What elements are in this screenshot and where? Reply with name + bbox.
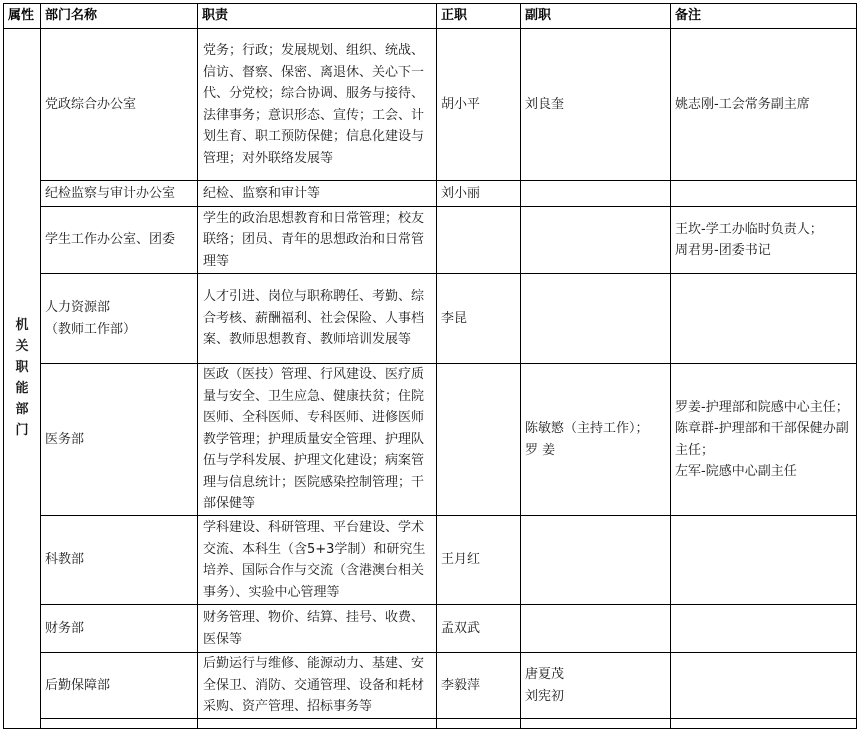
notes-cell: [671, 605, 857, 653]
table-row: 人力资源部 （教师工作部） 人才引进、岗位与职称聘任、考勤、综合考核、薪酬福利、…: [4, 274, 857, 364]
department-table: 属性 部门名称 职责 正职 副职 备注 机关职能部门 党政综合办公室 党务；行政…: [3, 3, 857, 722]
duties-cell: [198, 719, 437, 723]
duties-cell: 学科建设、科研管理、平台建设、学术交流、本科生（含5+3学制）和研究生培养、国际…: [198, 516, 437, 605]
notes-cell: [671, 653, 857, 719]
deputy-cell: [521, 719, 671, 723]
table-row: 纪检监察与审计办公室 纪检、监察和审计等 刘小丽: [4, 181, 857, 207]
header-deputy: 副职: [521, 4, 671, 29]
deputy-cell: 陈敏慜（主持工作）； 罗 姜: [521, 364, 671, 516]
notes-cell: 王坎-学工办临时负责人； 周君男-团委书记: [671, 207, 857, 274]
notes-line: 周君男-团委书记: [675, 240, 852, 262]
head-cell: 刘小丽: [437, 181, 521, 207]
notes-cell: 罗姜-护理部和院感中心主任； 陈章群-护理部和干部保健办副主任； 左军-院感中心…: [671, 364, 857, 516]
deputy-cell: [521, 605, 671, 653]
department-name: 医务部: [41, 364, 198, 516]
head-cell: 李毅萍: [437, 653, 521, 719]
deputy-cell: [521, 274, 671, 364]
deputy-cell: 唐夏茂 刘宪初: [521, 653, 671, 719]
notes-cell: [671, 719, 857, 723]
notes-cell: 姚志刚-工会常务副主席: [671, 29, 857, 181]
header-department: 部门名称: [41, 4, 198, 29]
header-head: 正职: [437, 4, 521, 29]
table-row-partial: [4, 719, 857, 723]
notes-cell: [671, 181, 857, 207]
department-name-line: 人力资源部: [45, 297, 193, 319]
head-cell: [437, 364, 521, 516]
duties-cell: 医政（医技）管理、行风建设、医疗质量与安全、卫生应急、健康扶贫；住院医师、全科医…: [198, 364, 437, 516]
department-name: 学生工作办公室、团委: [41, 207, 198, 274]
department-name: 纪检监察与审计办公室: [41, 181, 198, 207]
notes-cell: [671, 274, 857, 364]
head-cell: 王月红: [437, 516, 521, 605]
deputy-cell: 刘良奎: [521, 29, 671, 181]
notes-line: 陈章群-护理部和干部保健办副主任；: [675, 418, 852, 461]
duties-cell: 纪检、监察和审计等: [198, 181, 437, 207]
deputy-line: 罗 姜: [525, 440, 666, 462]
department-name: 党政综合办公室: [41, 29, 198, 181]
deputy-cell: [521, 181, 671, 207]
deputy-line: 唐夏茂: [525, 664, 666, 686]
table-row: 医务部 医政（医技）管理、行风建设、医疗质量与安全、卫生应急、健康扶贫；住院医师…: [4, 364, 857, 516]
duties-cell: 后勤运行与维修、能源动力、基建、安全保卫、消防、交通管理、设备和耗材采购、资产管…: [198, 653, 437, 719]
head-cell: 胡小平: [437, 29, 521, 181]
notes-cell: [671, 516, 857, 605]
header-attribute: 属性: [4, 4, 41, 29]
department-name: 后勤保障部: [41, 653, 198, 719]
head-cell: 李昆: [437, 274, 521, 364]
department-name-line: （教师工作部）: [45, 319, 193, 341]
attribute-group-label: 机关职能部门: [15, 315, 29, 441]
table-row: 学生工作办公室、团委 学生的政治思想教育和日常管理；校友联络；团员、青年的思想政…: [4, 207, 857, 274]
table-row: 财务部 财务管理、物价、结算、挂号、收费、医保等 孟双武: [4, 605, 857, 653]
deputy-line: 刘宪初: [525, 686, 666, 708]
table-row: 后勤保障部 后勤运行与维修、能源动力、基建、安全保卫、消防、交通管理、设备和耗材…: [4, 653, 857, 719]
duties-cell: 党务；行政；发展规划、组织、统战、信访、督察、保密、离退休、关心下一代、分党校；…: [198, 29, 437, 181]
head-cell: [437, 207, 521, 274]
duties-cell: 财务管理、物价、结算、挂号、收费、医保等: [198, 605, 437, 653]
table-row: 机关职能部门 党政综合办公室 党务；行政；发展规划、组织、统战、信访、督察、保密…: [4, 29, 857, 181]
head-cell: [437, 719, 521, 723]
attribute-group-cell: 机关职能部门: [4, 29, 41, 723]
department-name: 人力资源部 （教师工作部）: [41, 274, 198, 364]
deputy-line: 陈敏慜（主持工作）；: [525, 418, 666, 440]
notes-line: 王坎-学工办临时负责人；: [675, 219, 852, 241]
header-duties: 职责: [198, 4, 437, 29]
header-notes: 备注: [671, 4, 857, 29]
deputy-cell: [521, 516, 671, 605]
duties-cell: 人才引进、岗位与职称聘任、考勤、综合考核、薪酬福利、社会保险、人事档案、教师思想…: [198, 274, 437, 364]
notes-line: 罗姜-护理部和院感中心主任；: [675, 397, 852, 419]
notes-line: 左军-院感中心副主任: [675, 461, 852, 483]
deputy-cell: [521, 207, 671, 274]
department-name: 科教部: [41, 516, 198, 605]
header-row: 属性 部门名称 职责 正职 副职 备注: [4, 4, 857, 29]
duties-cell: 学生的政治思想教育和日常管理；校友联络；团员、青年的思想政治和日常管理等: [198, 207, 437, 274]
department-name: 财务部: [41, 605, 198, 653]
department-name: [41, 719, 198, 723]
head-cell: 孟双武: [437, 605, 521, 653]
table-row: 科教部 学科建设、科研管理、平台建设、学术交流、本科生（含5+3学制）和研究生培…: [4, 516, 857, 605]
